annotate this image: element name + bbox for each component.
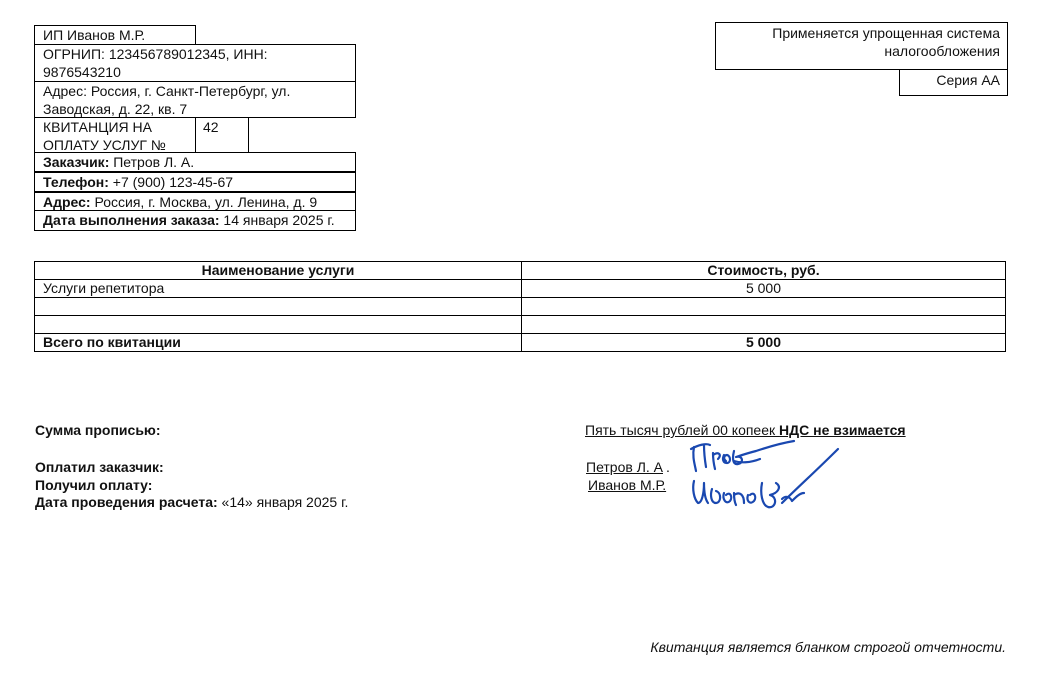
settlement-date-value: «14» января 2025 г. bbox=[218, 494, 349, 510]
service-name-cell bbox=[35, 298, 522, 316]
settlement-date-label: Дата проведения расчета: bbox=[35, 494, 218, 510]
phone-label: Телефон: bbox=[43, 174, 109, 190]
issuer-name: ИП Иванов М.Р. bbox=[34, 25, 196, 45]
customer-address-value: Россия, г. Москва, ул. Ленина, д. 9 bbox=[91, 194, 318, 210]
table-header-row: Наименование услуги Стоимость, руб. bbox=[35, 262, 1006, 280]
payer-name-dot: . bbox=[666, 458, 670, 476]
table-row bbox=[35, 316, 1006, 334]
settlement-date-row: Дата проведения расчета: «14» января 202… bbox=[35, 493, 348, 511]
sum-in-words-label: Сумма прописью: bbox=[35, 421, 161, 439]
tax-system-note: Применяется упрощенная система налогообл… bbox=[715, 22, 1008, 70]
receipt-series: Серия АА bbox=[899, 69, 1008, 96]
customer-label: Заказчик: bbox=[43, 154, 109, 170]
table-row: Услуги репетитора 5 000 bbox=[35, 280, 1006, 298]
service-name-cell: Услуги репетитора bbox=[35, 280, 522, 298]
total-label: Всего по квитанции bbox=[35, 334, 522, 352]
receipt-title: КВИТАНЦИЯ НА ОПЛАТУ УСЛУГ № bbox=[34, 117, 196, 153]
receiver-name: Иванов М.Р. bbox=[588, 476, 666, 494]
service-cost-cell bbox=[522, 316, 1006, 334]
customer-value: Петров Л. А. bbox=[109, 154, 194, 170]
total-value: 5 000 bbox=[522, 334, 1006, 352]
table-row bbox=[35, 298, 1006, 316]
sum-words-text: Пять тысяч рублей 00 копеек bbox=[585, 422, 779, 438]
strict-reporting-note: Квитанция является бланком строгой отчет… bbox=[650, 638, 1006, 656]
issuer-address: Адрес: Россия, г. Санкт-Петербург, ул. З… bbox=[34, 81, 356, 118]
receipt-number: 42 bbox=[195, 117, 249, 153]
service-cost-cell bbox=[522, 298, 1006, 316]
signatures-icon bbox=[686, 437, 846, 517]
service-name-cell bbox=[35, 316, 522, 334]
customer-row: Заказчик: Петров Л. А. bbox=[34, 152, 356, 172]
phone-value: +7 (900) 123-45-67 bbox=[109, 174, 233, 190]
completion-date-row: Дата выполнения заказа: 14 января 2025 г… bbox=[34, 210, 356, 231]
phone-row: Телефон: +7 (900) 123-45-67 bbox=[34, 172, 356, 192]
column-header-service: Наименование услуги bbox=[35, 262, 522, 280]
service-cost-cell: 5 000 bbox=[522, 280, 1006, 298]
completion-date-value: 14 января 2025 г. bbox=[220, 212, 335, 228]
received-by-label: Получил оплату: bbox=[35, 476, 152, 494]
paid-by-label: Оплатил заказчик: bbox=[35, 458, 164, 476]
table-total-row: Всего по квитанции 5 000 bbox=[35, 334, 1006, 352]
column-header-cost: Стоимость, руб. bbox=[522, 262, 1006, 280]
ogrnip-inn: ОГРНИП: 123456789012345, ИНН: 9876543210 bbox=[34, 44, 356, 82]
customer-address-row: Адрес: Россия, г. Москва, ул. Ленина, д.… bbox=[34, 192, 356, 211]
completion-date-label: Дата выполнения заказа: bbox=[43, 212, 220, 228]
services-table: Наименование услуги Стоимость, руб. Услу… bbox=[34, 261, 1006, 352]
payer-name: Петров Л. А bbox=[586, 458, 663, 476]
customer-address-label: Адрес: bbox=[43, 194, 91, 210]
vat-note: НДС не взимается bbox=[779, 422, 906, 438]
